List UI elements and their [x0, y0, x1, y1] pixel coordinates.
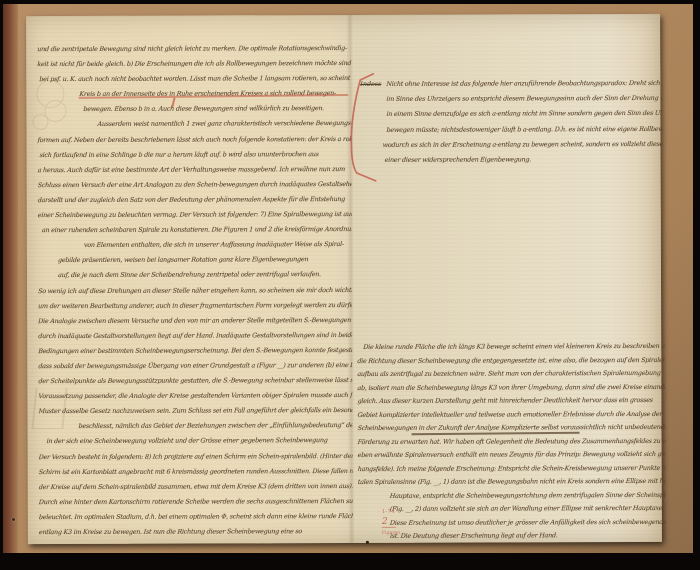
handwritten-line: formen auf. Neben der bereits beschriebe… — [37, 132, 352, 148]
handwritten-line: aufbau als zentrifugal zu bezeichnen wär… — [357, 367, 666, 382]
handwritten-line: Hauptaxe, entspricht die Scheinbewegungs… — [357, 488, 666, 503]
handwritten-line: einer Scheinbewegung zu beleuchten verma… — [37, 207, 352, 223]
handwritten-line: in einem Sinne demzufolge es sich a-entl… — [360, 106, 662, 122]
handwritten-line: Die kleine runde Fläche die ich längs K3… — [357, 340, 665, 355]
right-page-top-text-block: Nicht ohne Interesse ist das folgende hi… — [360, 76, 662, 173]
handwritten-line: die Richtung dieser Scheinbewegung die e… — [357, 353, 666, 368]
manuscript-sheet: und die zentripetale Bewegung sind nicht… — [26, 14, 662, 544]
handwritten-line: Der Versuch besteht in folgendem: 8) Ich… — [38, 449, 353, 465]
board-speck — [12, 518, 15, 521]
red-note-number: 1-74 — [382, 509, 428, 515]
handwritten-line: wodurch es sich in der Erscheinung a-ent… — [360, 137, 662, 153]
handwritten-line: talen Spiralensinne (Fig. __, 1) dann is… — [357, 475, 666, 490]
handwritten-line: und die zentripetale Bewegung sind nicht… — [37, 41, 352, 57]
handwritten-line: bewegen. Ebenso b in a. Auch diese Beweg… — [37, 101, 352, 117]
board-left-edge — [3, 4, 18, 553]
handwritten-line: von Elementen enthalten, die sich in uns… — [37, 237, 352, 253]
handwritten-line: Durch eine hinter dem Kartonschirm rotie… — [38, 494, 353, 510]
handwritten-line: Ausserdem weist namentlich 1 zwei ganz c… — [37, 116, 352, 132]
handwritten-line: bewegen müsste; nichtsdestoweniger läuft… — [360, 121, 662, 137]
handwritten-line: hangsfelde). Ich meine folgende Erschein… — [357, 461, 666, 476]
handwritten-line: a heraus. Auch dafür ist eine bestimmte … — [37, 162, 352, 178]
handwritten-line: einer dieser widersprechenden Eigenbeweg… — [360, 152, 662, 168]
ink-speck — [366, 541, 369, 544]
handwritten-line: dass sobald der bewegungsmässige Übergan… — [38, 358, 353, 374]
handwritten-line: bei psf. u. K. auch noch nicht beobachte… — [37, 71, 352, 87]
handwritten-line: gleich. Aus dieser kurzen Darstellung ge… — [357, 394, 666, 409]
handwritten-line: So wenig ich auf diese Drehungen an dies… — [38, 282, 353, 298]
red-pencil-marginalia: 1-74 2 Figuren — [382, 509, 428, 536]
red-note-word: Figuren — [382, 531, 428, 536]
handwritten-line: durch inadäquate Gestaltvorstellungen li… — [38, 328, 353, 344]
handwritten-line: Förderung zu erwarten hat. Wir haben oft… — [357, 434, 666, 449]
handwritten-line: ab, isoliert man die Scheinbewegung läng… — [357, 380, 666, 395]
handwritten-line: an einer ruhenden scheinbaren Spirale zu… — [37, 222, 352, 238]
left-page-text-block: und die zentripetale Bewegung sind nicht… — [37, 41, 353, 544]
handwritten-line: um der weiteren Bearbeitung anderer, auc… — [38, 298, 353, 314]
handwritten-line: keit ist nicht für beide gleich. b) Die … — [37, 56, 352, 72]
handwritten-line: der Kreise auf dem Schein-spiralenbild z… — [38, 479, 353, 495]
handwritten-line: in der sich eine Scheinbewegung vollzieh… — [38, 433, 353, 449]
handwritten-line: im Sinne des Uhrzeigers so entspricht di… — [360, 91, 662, 107]
handwritten-line: Gebiet komplizierter intellektueller und… — [357, 407, 666, 422]
handwritten-line: auf, die je nach dem Sinne der Scheibend… — [37, 267, 352, 283]
handwritten-line: darstellt und der zugleich den Satz von … — [37, 192, 352, 208]
handwritten-line: Schirm ist ein Kartonblatt angebracht mi… — [38, 464, 353, 480]
handwritten-line: Bedingungen einer bestimmten Scheinbeweg… — [38, 343, 353, 359]
handwritten-line: beleuchtet. Im optimalen Stadium, d.h. b… — [38, 509, 353, 525]
handwritten-line: Nicht ohne Interesse ist das folgende hi… — [360, 76, 662, 92]
handwritten-line: sich fortlaufend in eine Schlinge b die … — [37, 147, 352, 163]
handwritten-line: Schluss einen Versuch der eine Art Analo… — [37, 177, 352, 193]
handwritten-line: Voraussetzung passender, die Analogie de… — [38, 388, 353, 404]
red-note-numeral: 2 — [382, 517, 396, 528]
handwritten-line: Die Analogie zwischen diesem Versuche un… — [38, 313, 353, 329]
handwritten-line: der Scheitelpunkte als Bewegungsstützpun… — [38, 373, 353, 389]
handwritten-line: beschliesst, nämlich das Gebiet der Bezi… — [38, 418, 353, 434]
handwritten-line: entlang K3 im Kreise zu bewegen. Ist nun… — [38, 524, 353, 540]
handwritten-line: gebilde präsentieren, weisen bei langsam… — [37, 252, 352, 268]
handwritten-line: eben erwähnte Spiralenversuch enthält ei… — [357, 448, 666, 463]
red-pencil-bracket — [342, 69, 382, 187]
handwritten-line: Muster dasselbe Gesetz nachzuweisen sein… — [38, 403, 353, 419]
